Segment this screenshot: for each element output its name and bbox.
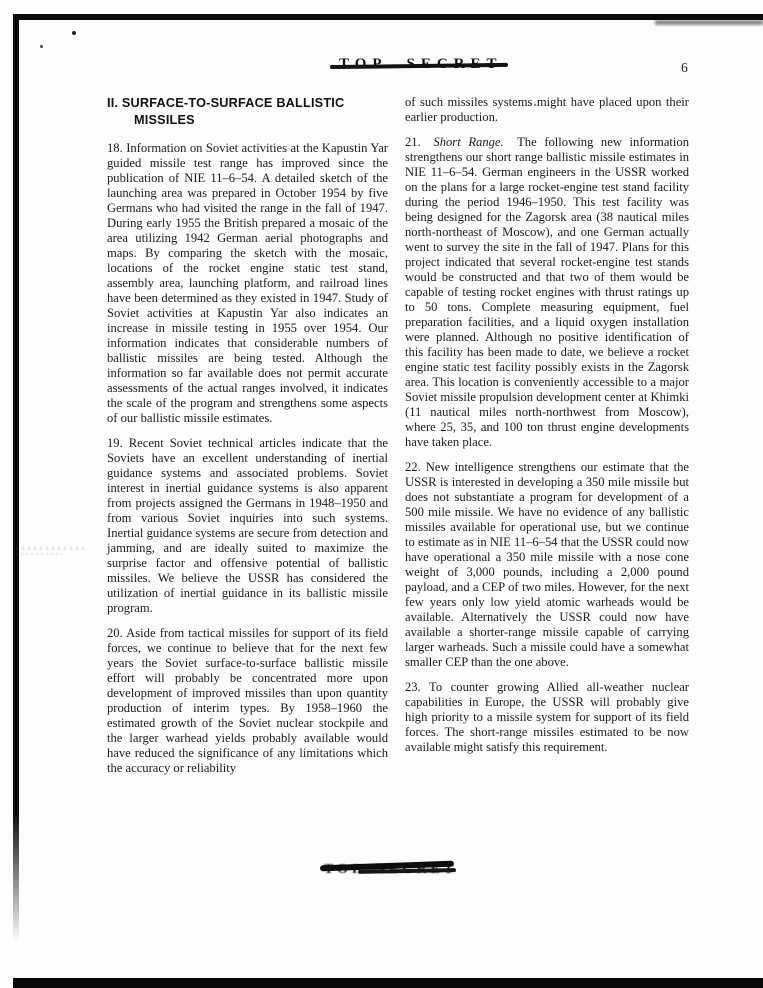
classification-stamp-bottom: TOP SECRET <box>324 860 464 882</box>
scan-speck <box>72 31 76 35</box>
paragraph-20: 20. Aside from tactical missiles for sup… <box>107 626 388 776</box>
left-column: II. SURFACE-TO-SURFACE BALLISTIC MISSILE… <box>107 92 388 776</box>
paragraph-22: 22. New intelligence strengthens our est… <box>405 460 689 670</box>
section-heading-line1: II. SURFACE-TO-SURFACE BALLISTIC <box>107 95 388 112</box>
paragraph-19: 19. Recent Soviet technical articles ind… <box>107 436 388 616</box>
scan-frame-bottom-edge <box>13 978 763 988</box>
margin-smudge-artifact <box>16 545 84 559</box>
document-body: II. SURFACE-TO-SURFACE BALLISTIC MISSILE… <box>107 92 689 776</box>
paragraph-18: 18. Information on Soviet activities at … <box>107 141 388 426</box>
scan-smudge <box>655 20 763 25</box>
paragraph-21: 21. Short Range. The following new infor… <box>405 135 689 450</box>
paragraph-21-number: 21. <box>405 135 421 149</box>
section-heading-line2: MISSILES <box>107 112 388 129</box>
paragraph-20-continuation: of such missiles systems might have plac… <box>405 95 689 125</box>
classification-stamp-top: TOP SECRET <box>339 56 503 73</box>
scan-frame-top-edge <box>13 14 763 20</box>
scan-speck <box>40 45 43 48</box>
section-heading: II. SURFACE-TO-SURFACE BALLISTIC MISSILE… <box>107 95 388 128</box>
right-column: of such missiles systems might have plac… <box>405 92 689 776</box>
scan-speck <box>534 104 536 106</box>
paragraph-23: 23. To counter growing Allied all-weathe… <box>405 680 689 755</box>
scan-frame-left-edge <box>13 14 19 942</box>
paragraph-21-lead-in: Short Range. <box>433 135 503 149</box>
page-number: 6 <box>681 60 688 76</box>
paragraph-21-body: The following new information strengthen… <box>405 135 689 449</box>
scanned-document-page: TOP SECRET 6 II. SURFACE-TO-SURFACE BALL… <box>0 0 763 988</box>
